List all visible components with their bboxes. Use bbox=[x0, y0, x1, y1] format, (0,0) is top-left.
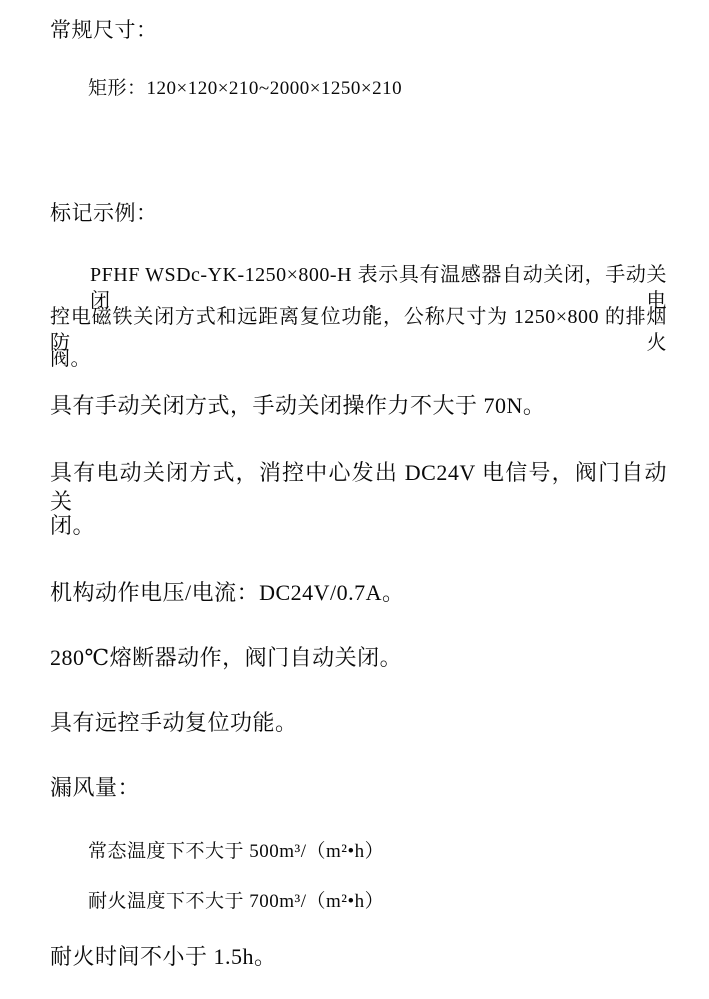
document-page: 常规尺寸： 矩形：120×120×210~2000×1250×210 标记示例：… bbox=[0, 0, 709, 999]
electric-close-statement-line-1: 具有电动关闭方式，消控中心发出 DC24V 电信号，阀门自动关 bbox=[50, 459, 667, 516]
electric-close-statement-line-2: 闭。 bbox=[50, 512, 95, 541]
marking-paragraph-line-3: 阀。 bbox=[50, 346, 91, 372]
fire-resistance-time-statement: 耐火时间不小于 1.5h。 bbox=[50, 943, 277, 972]
voltage-current-statement: 机构动作电压/电流：DC24V/0.7A。 bbox=[50, 579, 405, 608]
leakage-fire-temp-text: 耐火温度下不大于 700m³/（m²•h） bbox=[88, 890, 384, 915]
remote-reset-statement: 具有远控手动复位功能。 bbox=[50, 709, 298, 738]
fuse-action-statement: 280℃熔断器动作，阀门自动关闭。 bbox=[50, 644, 402, 673]
leakage-normal-temp-text: 常态温度下不大于 500m³/（m²•h） bbox=[88, 840, 384, 865]
heading-regular-size: 常规尺寸： bbox=[50, 17, 158, 44]
marking-paragraph-line-2: 控电磁铁关闭方式和远距离复位功能，公称尺寸为 1250×800 的排烟防火 bbox=[50, 304, 667, 356]
manual-close-statement: 具有手动关闭方式，手动关闭操作力不大于 70N。 bbox=[50, 392, 545, 421]
heading-air-leakage: 漏风量： bbox=[50, 774, 140, 803]
rect-dimensions-text: 矩形：120×120×210~2000×1250×210 bbox=[88, 77, 402, 102]
heading-marking-example: 标记示例： bbox=[50, 200, 158, 227]
